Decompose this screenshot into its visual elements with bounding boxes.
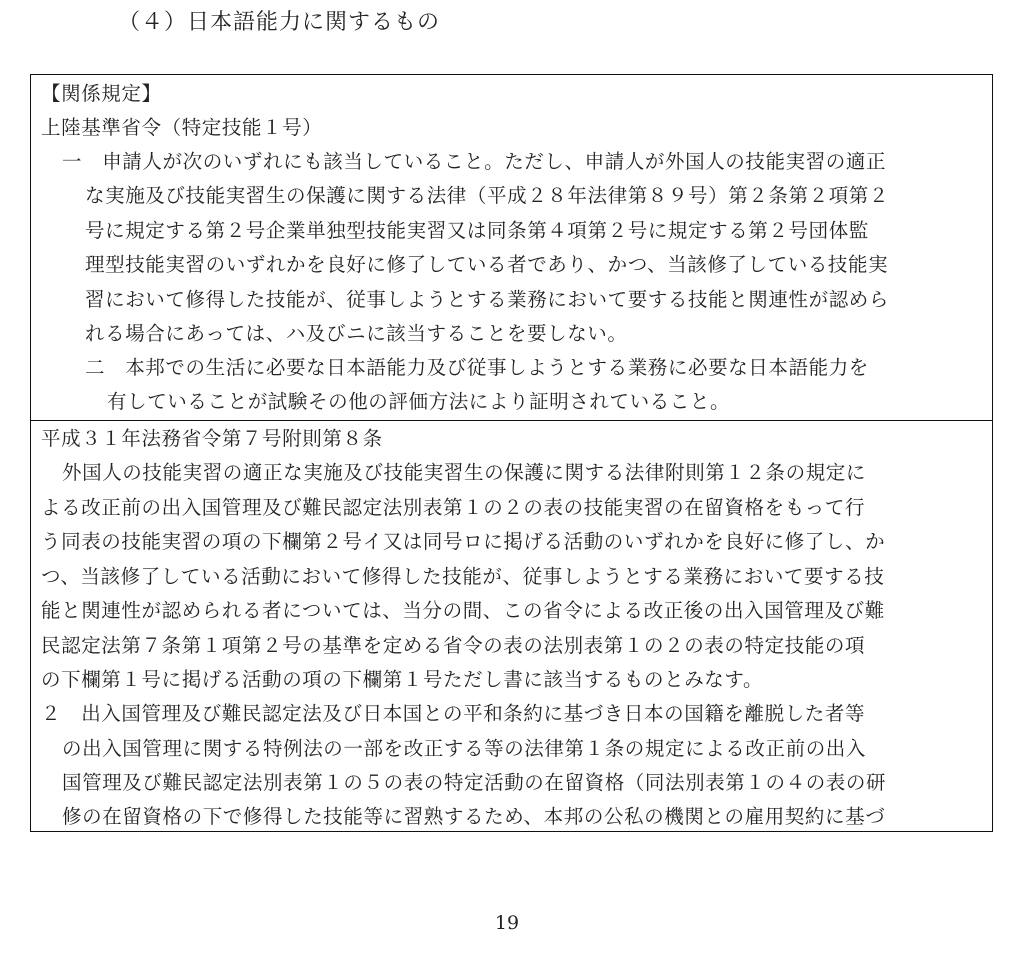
paragraph-line: 能と関連性が認められる者については、当分の間、この省令による改正後の出入国管理及… (41, 594, 885, 629)
landing-standard-ordinance-section: 【関係規定】 上陸基準省令（特定技能１号） 一 申請人が次のいずれにも該当してい… (31, 75, 992, 420)
paragraph-line: よる改正前の出入国管理及び難民認定法別表第１の２の表の技能実習の在留資格をもって… (41, 491, 865, 526)
paragraph-two-line: 国管理及び難民認定法別表第１の５の表の特定活動の在留資格（同法別表第１の４の表の… (62, 766, 886, 801)
item-one-line: 一 申請人が次のいずれにも該当していること。ただし、申請人が外国人の技能実習の適… (62, 145, 886, 180)
item-one-line: な実施及び技能実習生の保護に関する法律（平成２８年法律第８９号）第２条第２項第２ (85, 179, 889, 214)
paragraph-two-line: 修の在留資格の下で修得した技能等に習熟するため、本邦の公私の機関との雇用契約に基… (62, 800, 885, 835)
paragraph-two-line: の出入国管理に関する特例法の一部を改正する等の法律第１条の規定による改正前の出入 (62, 732, 866, 767)
item-two-line: 有していることが試験その他の評価方法により証明されていること。 (107, 385, 730, 420)
paragraph-two-line: ２ 出入国管理及び難民認定法及び日本国との平和条約に基づき日本の国籍を離脱した者… (41, 697, 865, 732)
paragraph-line: 民認定法第７条第１項第２号の基準を定める省令の表の法別表第１の２の表の特定技能の… (41, 629, 865, 664)
related-provisions-label: 【関係規定】 (41, 77, 162, 112)
paragraph-line: つ、当該修了している活動において修得した技能が、従事しようとする業務において要す… (41, 560, 884, 595)
paragraph-line: う同表の技能実習の項の下欄第２号イ又は同号ロに掲げる活動のいずれかを良好に修了し… (41, 525, 885, 560)
regulation-box: 【関係規定】 上陸基準省令（特定技能１号） 一 申請人が次のいずれにも該当してい… (30, 74, 993, 832)
item-one-line: 習において修得した技能が、従事しようとする業務において要する技能と関連性が認めら (85, 283, 889, 318)
item-two-line: 二 本邦での生活に必要な日本語能力及び従事しようとする業務に必要な日本語能力を (85, 351, 869, 386)
section-heading: （４）日本語能力に関するもの (118, 6, 440, 40)
supplementary-provision-section: 平成３１年法務省令第７号附則第８条 外国人の技能実習の適正な実施及び技能実習生の… (31, 420, 992, 831)
page-number: 19 (0, 912, 1014, 934)
section-title: 上陸基準省令（特定技能１号） (41, 111, 322, 146)
item-one-line: れる場合にあっては、ハ及びニに該当することを要しない。 (85, 317, 628, 352)
item-one-line: 号に規定する第２号企業単独型技能実習又は同条第４項第２号に規定する第２号団体監 (85, 214, 869, 249)
paragraph-line: の下欄第１号に掲げる活動の項の下欄第１号ただし書に該当するものとみなす。 (41, 663, 763, 698)
paragraph-line: 外国人の技能実習の適正な実施及び技能実習生の保護に関する法律附則第１２条の規定に (62, 456, 866, 491)
section-title: 平成３１年法務省令第７号附則第８条 (41, 422, 383, 457)
item-one-line: 理型技能実習のいずれかを良好に修了している者であり、かつ、当該修了している技能実 (85, 248, 888, 283)
